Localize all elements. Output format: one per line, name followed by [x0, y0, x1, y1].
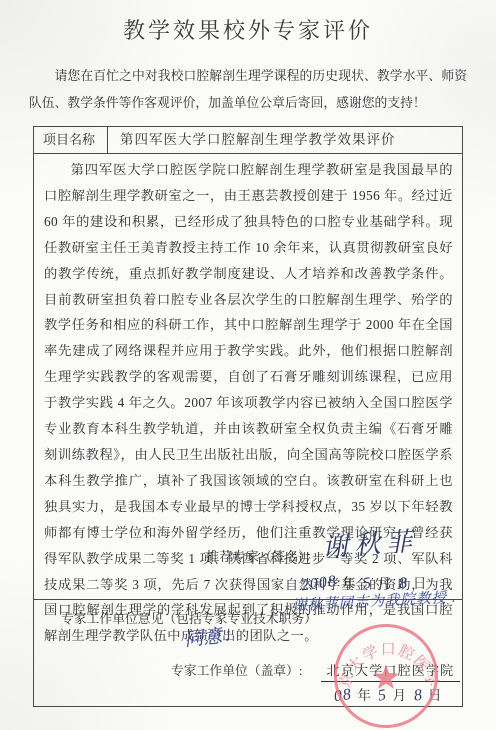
signature-date-year-unit: 年: [342, 576, 358, 591]
seal-date-day-unit: 日: [428, 688, 444, 703]
unit-seal-line: 专家工作单位（盖章）:北京大学口腔医学院: [171, 660, 460, 682]
table-row-unit-opinion: 专家工作单位意见（包括专家专业技术职务） 谢秋菲同志为我院教授 . 同意： 专家…: [34, 600, 462, 706]
unit-seal-label: 专家工作单位（盖章）:: [171, 664, 303, 678]
seal-date: 08 年 5 月 8 日: [334, 684, 443, 705]
page-title: 教学效果校外专家评价: [0, 14, 496, 45]
project-name-value: 第四军医大学口腔解剖生理学教学效果评价: [108, 127, 462, 153]
intro-text: 请您在百忙之中对我校口腔解剖生理学课程的历史现状、教学水平、师资队伍、教学条件等…: [29, 63, 467, 117]
handwritten-approval: 同意：: [183, 619, 243, 652]
table-row-project-name: 项目名称 第四军医大学口腔解剖生理学教学效果评价: [34, 127, 462, 154]
evaluation-form-page: 教学效果校外专家评价 请您在百忙之中对我校口腔解剖生理学课程的历史现状、教学水平…: [0, 0, 496, 730]
unit-name: 北京大学口腔医学院: [321, 660, 461, 682]
seal-date-day: 8: [412, 686, 423, 705]
seal-date-year: 08: [333, 686, 353, 706]
seal-date-month-unit: 月: [393, 688, 409, 703]
project-name-label: 项目名称: [34, 127, 108, 153]
evaluation-table: 项目名称 第四军医大学口腔解剖生理学教学效果评价 第四军医大学口腔医学院口腔解剖…: [33, 126, 463, 707]
table-row-evaluation-body: 第四军医大学口腔医学院口腔解剖生理学教研室是我国最早的口腔解剖生理学教研室之一，…: [34, 154, 462, 600]
seal-date-month: 5: [377, 686, 388, 705]
signature-label: 推荐专家（签名）：: [206, 546, 318, 565]
expert-signature: 谢秋菲: [321, 521, 419, 565]
seal-date-year-unit: 年: [357, 688, 373, 703]
